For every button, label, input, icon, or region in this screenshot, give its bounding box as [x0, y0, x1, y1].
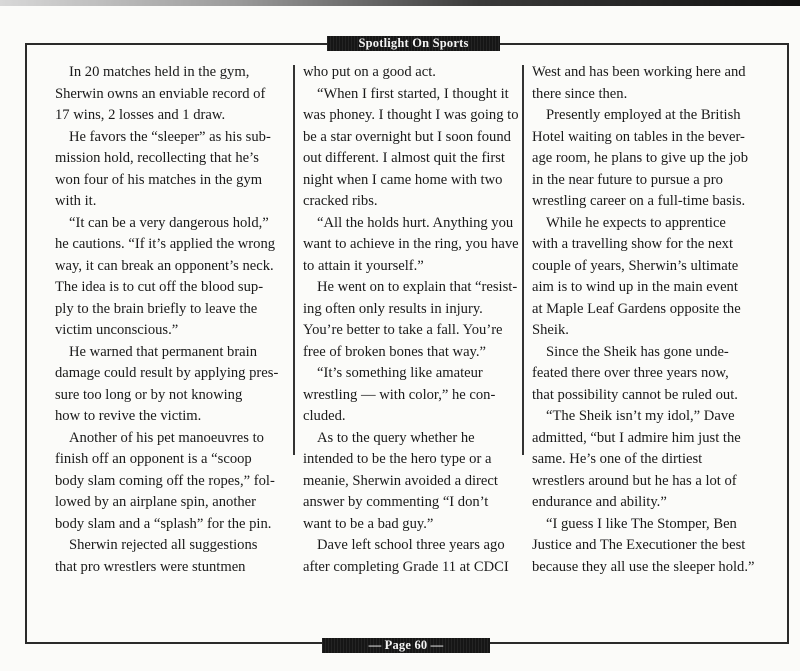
text-line: be a star overnight but I soon found: [303, 127, 518, 149]
text-line: While he expects to apprentice: [532, 213, 777, 235]
text-line: at Maple Leaf Gardens opposite the: [532, 299, 777, 321]
text-line: cluded.: [303, 406, 518, 428]
article-column-3: West and has been working here andthere …: [532, 62, 777, 578]
text-line: You’re better to take a fall. You’re: [303, 320, 518, 342]
text-line: wrestling career on a full-time basis.: [532, 191, 777, 213]
text-line: intended to be the hero type or a: [303, 449, 518, 471]
text-line: ing often only results in injury.: [303, 299, 518, 321]
text-line: In 20 matches held in the gym,: [55, 62, 290, 84]
text-line: he cautions. “If it’s applied the wrong: [55, 234, 290, 256]
text-line: there since then.: [532, 84, 777, 106]
text-line: with it.: [55, 191, 290, 213]
column-rule: [522, 65, 524, 455]
text-line: won four of his matches in the gym: [55, 170, 290, 192]
text-line: “It can be a very dangerous hold,”: [55, 213, 290, 235]
column-rule: [293, 65, 295, 455]
text-line: “When I first started, I thought it: [303, 84, 518, 106]
text-line: answer by commenting “I don’t: [303, 492, 518, 514]
article-column-1: In 20 matches held in the gym,Sherwin ow…: [55, 62, 290, 578]
text-line: night when I came home with two: [303, 170, 518, 192]
text-line: wrestlers around but he has a lot of: [532, 471, 777, 493]
text-line: Justice and The Executioner the best: [532, 535, 777, 557]
text-line: sure too long or by not knowing: [55, 385, 290, 407]
text-line: couple of years, Sherwin’s ultimate: [532, 256, 777, 278]
text-line: The idea is to cut off the blood sup-: [55, 277, 290, 299]
text-line: that possibility cannot be ruled out.: [532, 385, 777, 407]
text-line: wrestling — with color,” he con-: [303, 385, 518, 407]
text-line: damage could result by applying pres-: [55, 363, 290, 385]
text-line: want to achieve in the ring, you have: [303, 234, 518, 256]
article-column-2: who put on a good act.“When I first star…: [303, 62, 518, 578]
text-line: 17 wins, 2 losses and 1 draw.: [55, 105, 290, 127]
text-line: Another of his pet manoeuvres to: [55, 428, 290, 450]
text-line: way, it can break an opponent’s neck.: [55, 256, 290, 278]
text-line: Dave left school three years ago: [303, 535, 518, 557]
text-line: Hotel waiting on tables in the bever-: [532, 127, 777, 149]
text-line: lowed by an airplane spin, another: [55, 492, 290, 514]
text-line: with a travelling show for the next: [532, 234, 777, 256]
text-line: ply to the brain briefly to leave the: [55, 299, 290, 321]
text-line: Sherwin rejected all suggestions: [55, 535, 290, 557]
text-line: mission hold, recollecting that he’s: [55, 148, 290, 170]
text-line: “It’s something like amateur: [303, 363, 518, 385]
text-line: to attain it yourself.”: [303, 256, 518, 278]
text-line: want to be a bad guy.”: [303, 514, 518, 536]
text-line: As to the query whether he: [303, 428, 518, 450]
text-line: He warned that permanent brain: [55, 342, 290, 364]
text-line: feated there over three years now,: [532, 363, 777, 385]
text-line: “The Sheik isn’t my idol,” Dave: [532, 406, 777, 428]
text-line: “I guess I like The Stomper, Ben: [532, 514, 777, 536]
text-line: aim is to wind up in the main event: [532, 277, 777, 299]
page-number: — Page 60 —: [322, 638, 490, 653]
text-line: age room, he plans to give up the job: [532, 148, 777, 170]
text-line: meanie, Sherwin avoided a direct: [303, 471, 518, 493]
text-line: after completing Grade 11 at CDCI: [303, 557, 518, 579]
text-line: who put on a good act.: [303, 62, 518, 84]
text-line: He went on to explain that “resist-: [303, 277, 518, 299]
text-line: body slam and a “splash” for the pin.: [55, 514, 290, 536]
text-line: finish off an opponent is a “scoop: [55, 449, 290, 471]
text-line: out different. I almost quit the first: [303, 148, 518, 170]
text-line: because they all use the sleeper hold.”: [532, 557, 777, 579]
text-line: West and has been working here and: [532, 62, 777, 84]
text-line: victim unconscious.”: [55, 320, 290, 342]
text-line: body slam coming off the ropes,” fol-: [55, 471, 290, 493]
text-line: free of broken bones that way.”: [303, 342, 518, 364]
text-line: was phoney. I thought I was going to: [303, 105, 518, 127]
text-line: Sheik.: [532, 320, 777, 342]
text-line: Sherwin owns an enviable record of: [55, 84, 290, 106]
section-title: Spotlight On Sports: [327, 36, 500, 51]
text-line: admitted, “but I admire him just the: [532, 428, 777, 450]
text-line: in the near future to pursue a pro: [532, 170, 777, 192]
text-line: cracked ribs.: [303, 191, 518, 213]
text-line: same. He’s one of the dirtiest: [532, 449, 777, 471]
text-line: “All the holds hurt. Anything you: [303, 213, 518, 235]
text-line: Presently employed at the British: [532, 105, 777, 127]
text-line: endurance and ability.”: [532, 492, 777, 514]
text-line: He favors the “sleeper” as his sub-: [55, 127, 290, 149]
scan-top-edge: [0, 0, 800, 6]
text-line: how to revive the victim.: [55, 406, 290, 428]
text-line: that pro wrestlers were stuntmen: [55, 557, 290, 579]
text-line: Since the Sheik has gone unde-: [532, 342, 777, 364]
